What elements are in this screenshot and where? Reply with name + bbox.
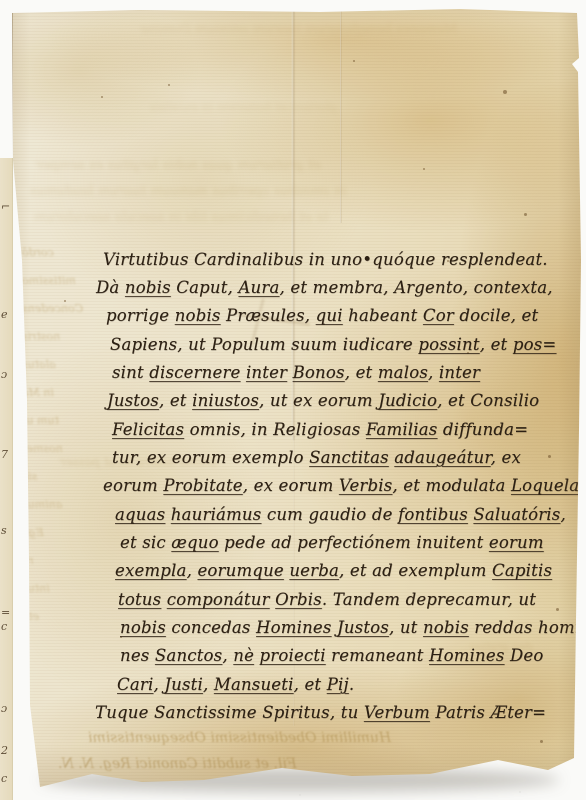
speck [353,60,355,62]
showthrough-fragment: intus [22,582,50,595]
showthrough-fragment: Fil. et subditi Canonici Reg. N. N. [58,756,297,772]
manuscript-line: nes Sanctos, nè proiecti remaneant Homin… [120,646,544,666]
showthrough-fragment: gloriam et honorem in excelsis [150,100,337,114]
showthrough-fragment: cordō [22,246,54,259]
adjacent-page-mark: 2 [1,744,8,757]
manuscript-line: Virtutibus Cardinalibus in uno•quóque re… [103,250,548,270]
manuscript-line: Dà nobis Caput, Aura, et membra, Argento… [96,278,553,298]
manuscript-paper: Memores beneficiorum tuorum omnium Domin… [0,0,586,800]
manuscript-line: Felicitas omnis, in Religiosas Familias … [112,420,528,440]
speck [101,96,103,98]
adjacent-page-edge: ⌐eɔ7s=cɔ2c [0,158,13,800]
manuscript-line: Justos, et iniustos, ut ex eorum Judicio… [107,391,539,411]
showthrough-fragment: sic [22,470,37,483]
manuscript-line: Tuque Sanctissime Spiritus, tu Verbum Pa… [95,703,546,723]
adjacent-page-mark: ɔ [1,702,7,715]
manuscript-line: tur, ex eorum exemplo Sanctitas adaugeát… [112,448,521,468]
speck [503,90,507,94]
manuscript-line: eorum Probitate, ex eorum Verbis, et mod… [103,476,579,496]
adjacent-page-mark: s [1,524,7,537]
speck [556,608,559,611]
showthrough-fragment: nosmet [22,442,63,455]
showthrough-fragment: Memores beneficiorum tuorum omnium Domin… [140,22,458,37]
manuscript-line: Sapiens, ut Populum suum iudicare possin… [110,335,556,355]
adjacent-page-mark: c [1,620,7,633]
adjacent-page-mark: ⌐ [1,200,10,213]
speck [540,740,543,743]
showthrough-fragment: et gratiarum quas nobis largitus es semp… [36,158,321,173]
manuscript-line: nobis concedas Homines Justos, ut nobis … [120,618,586,638]
showthrough-fragment: in Mã [22,386,54,399]
adjacent-page-mark: 7 [1,448,8,461]
adjacent-page-mark: e [1,308,8,321]
showthrough-fragment: tum ut [22,414,59,427]
manuscript-line: et sic æquo pede ad perfectiónem inuiten… [120,533,544,553]
showthrough-fragment: etc [22,610,39,623]
adjacent-page-mark: ɔ [1,368,7,381]
speck [423,168,425,170]
showthrough-fragment: re [22,554,34,567]
showthrough-fragment: in omnibus operibus manuum tuarum laudam… [30,184,346,199]
showthrough-fragment: te et benedicimus tibi in saecula saecul… [34,210,329,225]
showthrough-fragment: Humillimi Obedientissimi Obsequentissimi [88,730,391,746]
manuscript-line: aquas hauriámus cum gaudio de fontibus S… [115,505,566,525]
adjacent-page-mark: c [1,772,7,785]
speck [64,300,66,302]
manuscript-line: Cari, Justi, Mansueti, et Pij. [117,675,354,695]
manuscript-line: totus componátur Orbis. Tandem deprecamu… [118,590,536,610]
speck [168,84,170,86]
showthrough-fragment: Concedens [22,302,83,315]
showthrough-fragment: Ego [22,526,44,539]
manuscript-line: exempla, eorumque uerba, et ad exemplum … [115,561,552,581]
showthrough-fragment: nostris [22,330,60,343]
showthrough-fragment: mitissimo [22,274,76,287]
showthrough-fragment: animus [22,498,62,511]
adjacent-page-mark: = [1,606,10,619]
manuscript-line: sint discernere inter Bonos, et malos, i… [112,363,480,383]
manuscript-line: porrige nobis Præsules, qui habeant Cor … [106,306,538,326]
left-edge-fold [11,10,13,160]
speck [548,455,551,458]
speck [524,213,527,216]
scanned-manuscript-page: ⌐eɔ7s=cɔ2c Memores beneficiorum tuorum o… [0,0,586,800]
showthrough-fragment: alatus [22,358,56,371]
